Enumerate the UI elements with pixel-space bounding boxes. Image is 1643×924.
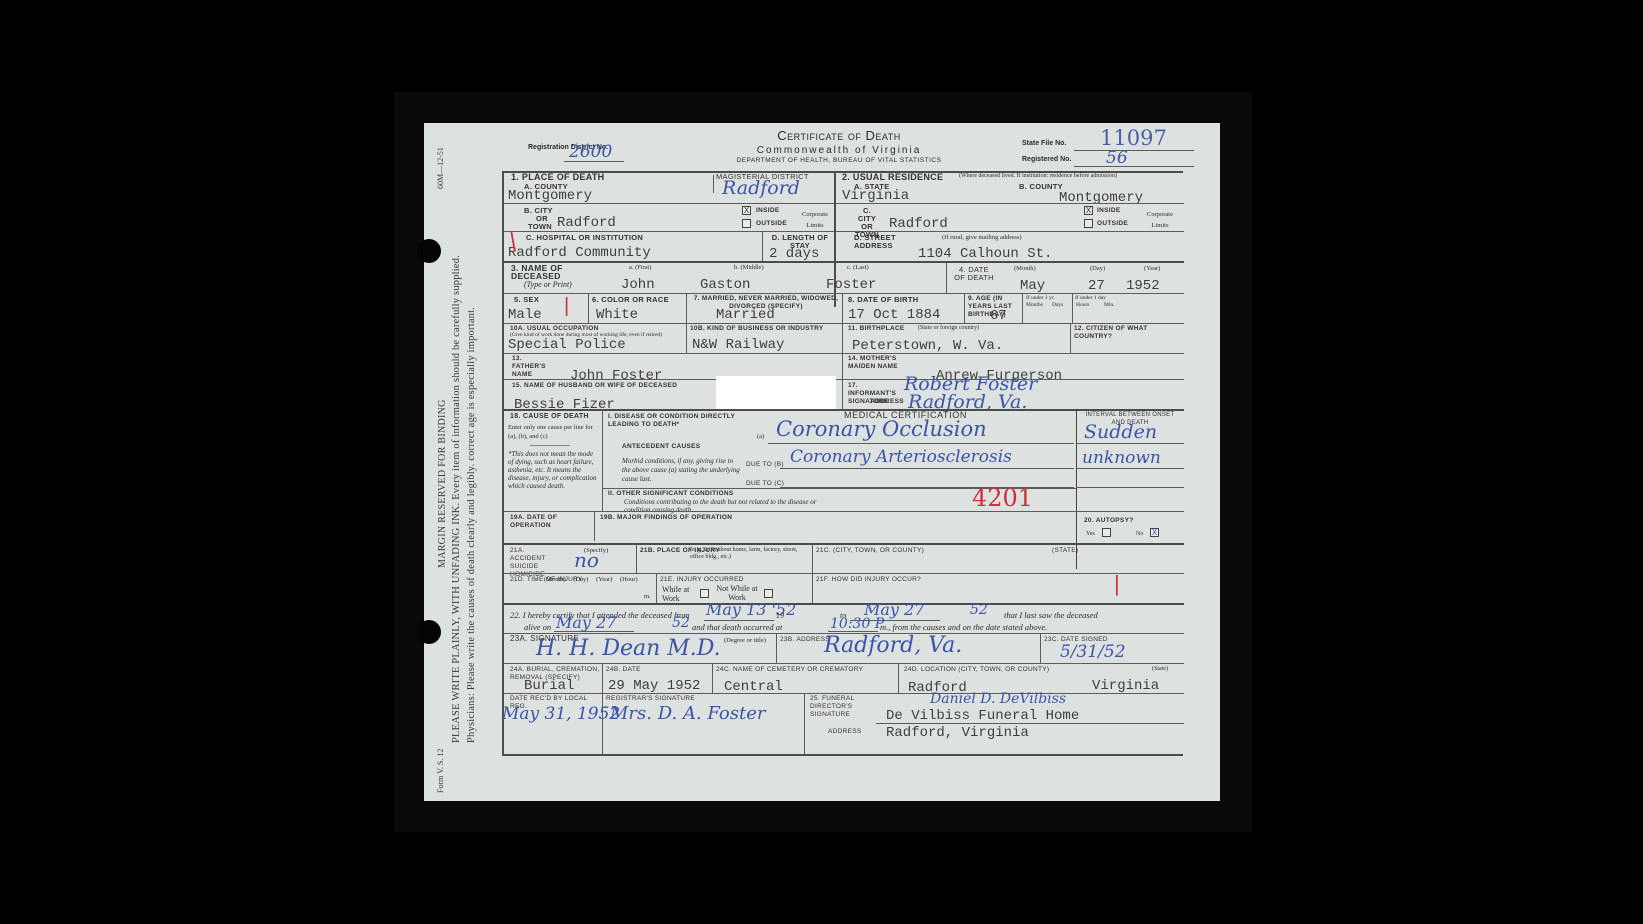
- physician-address: Radford, Va.: [824, 637, 962, 655]
- town-label: Town: [528, 223, 552, 231]
- first-name-label: a. (First): [629, 264, 651, 271]
- residence-city: Radford: [889, 217, 948, 231]
- date-of-death-label: 4. Date of Death: [954, 266, 994, 282]
- physician-signature: H. H. Dean M.D.: [536, 640, 721, 658]
- physician-address-label: 23b. Address: [780, 636, 830, 644]
- middle-name: Gaston: [700, 278, 750, 292]
- injury-place-note: (e. g., in or about home, farm, factory,…: [690, 547, 810, 561]
- injury-time-columns: (Month) (Day) (Year) (Hour): [544, 576, 638, 583]
- autopsy-label: 20. Autopsy?: [1084, 517, 1133, 525]
- state-file-label: State File No.: [1022, 140, 1066, 147]
- cemetery: Central: [724, 680, 783, 694]
- sex: Male: [508, 308, 542, 322]
- state-file-no: 11097: [1100, 129, 1167, 147]
- injury-m-label: m.: [644, 593, 651, 600]
- months-label: Months: [1026, 302, 1043, 308]
- injury-occurred-label: 21e. Injury Occurred: [660, 576, 744, 584]
- residence-inside-label: Inside: [1097, 207, 1120, 215]
- cause-note: Enter only one cause per line for (a), (…: [508, 423, 600, 441]
- residence-section: 2. Usual Residence: [842, 173, 943, 181]
- death-inside-checkbox[interactable]: X: [742, 206, 751, 215]
- birthplace-label: 11. Birthplace: [848, 325, 905, 333]
- antecedent-label: Antecedent Causes: [622, 443, 700, 451]
- alive-on-label: alive on: [524, 622, 551, 632]
- cemetery-label: 24c. Name of Cemetery or Crematory: [716, 666, 863, 674]
- funeral-address-label: Address: [828, 728, 862, 736]
- binding-margin-note: MARGIN RESERVED FOR BINDING: [437, 399, 448, 568]
- red-tick-injury: |: [1114, 571, 1120, 597]
- last-name-label: c. (Last): [847, 264, 869, 271]
- burial-location-label: 24d. Location (City, town, or county): [904, 666, 1049, 674]
- father-name-label: 13. Father's Name: [512, 355, 552, 379]
- hospital: Radford Community: [508, 246, 651, 260]
- father-name: John Foster: [570, 369, 662, 383]
- funeral-director-signature: Daniel D. DeVilbiss: [930, 690, 1066, 708]
- jurisdiction: Commonwealth of Virginia: [684, 145, 994, 156]
- operation-date-label: 19a. Date of Operation: [510, 514, 590, 530]
- name-label: 3. Name of Deceased: [511, 264, 571, 280]
- residence-note: (Where deceased lived. If institution: r…: [959, 173, 1117, 179]
- industry-label: 10b. Kind of Business or Industry: [690, 325, 838, 333]
- autopsy-no-checkbox[interactable]: X: [1150, 528, 1159, 537]
- death-certificate: Form V. S. 12 60M—12-51 MARGIN RESERVED …: [424, 123, 1220, 801]
- corporate-limits-label: Corporate Limits: [798, 209, 832, 231]
- injury-state-label: (State): [1052, 547, 1078, 555]
- residence-outside-label: Outside: [1097, 220, 1128, 228]
- burial-state-label: (State): [1152, 666, 1168, 672]
- citizen-label: 12. Citizen of What Country?: [1074, 325, 1174, 341]
- length-of-stay: 2 days: [769, 247, 819, 261]
- degree-label: (Degree or title): [724, 637, 766, 644]
- attended-to-year: 52: [970, 601, 988, 619]
- residence-state: Virginia: [842, 189, 909, 203]
- print-code: 60M—12-51: [436, 147, 445, 189]
- dob-label: 8. Date of Birth: [848, 296, 919, 304]
- under-one-year-label: If under 1 yr.: [1026, 295, 1055, 301]
- cause-a-label: (a): [757, 433, 764, 440]
- residence-inside-checkbox[interactable]: X: [1084, 206, 1093, 215]
- cause-b-label: Due to (b): [746, 461, 784, 469]
- sex-label: 5. Sex: [514, 296, 539, 304]
- interval-b: unknown: [1082, 449, 1161, 467]
- cause-of-death-label: 18. Cause of Death: [510, 413, 589, 421]
- part-two-label: II. Other Significant Conditions: [608, 490, 734, 498]
- instructions-line-2: Physicians: Please write the causes of d…: [466, 307, 477, 743]
- death-year: 1952: [1126, 279, 1160, 293]
- race-label: 6. Color or Race: [592, 296, 669, 304]
- occupation: Special Police: [508, 338, 626, 352]
- race: White: [596, 308, 638, 322]
- certify-text-3: and that death occurred at: [692, 622, 782, 632]
- death-month: May: [1020, 279, 1045, 293]
- residence-limits-label: Corporate Limits: [1142, 209, 1178, 231]
- death-outside-checkbox[interactable]: [742, 219, 751, 228]
- injury-how-label: 21f. How did injury occur?: [816, 576, 921, 584]
- residence-outside-checkbox[interactable]: [1084, 219, 1093, 228]
- registrar-signature: Mrs. D. A. Foster: [610, 705, 765, 723]
- burial-date-label: 24b. Date: [606, 666, 641, 674]
- cause-c-label: Due to (c): [746, 480, 784, 488]
- while-at-work-checkbox[interactable]: [700, 589, 709, 598]
- registration-district-no: 2600: [569, 143, 612, 161]
- name-note: (Type or Print): [524, 280, 572, 289]
- funeral-director-label: 25. Funeral Director's Signature: [810, 695, 876, 719]
- hours-label: Hours: [1076, 302, 1089, 308]
- under-one-day-label: If under 1 day: [1075, 295, 1106, 301]
- last-name: Foster: [826, 278, 876, 292]
- industry: N&W Railway: [692, 338, 784, 352]
- minutes-label: Min.: [1104, 302, 1115, 308]
- death-county: Montgomery: [508, 189, 592, 203]
- spouse-label: 15. Name of Husband or Wife of Deceased: [512, 382, 677, 390]
- injury-city-label: 21c. (City, Town, or County): [816, 547, 924, 555]
- autopsy-yes-label: Yes: [1086, 531, 1095, 537]
- operation-findings-label: 19b. Major Findings of Operation: [600, 514, 732, 522]
- form-number: Form V. S. 12: [436, 749, 445, 793]
- day-label: (Day): [1090, 265, 1105, 272]
- red-tick-sex: |: [564, 295, 569, 318]
- year-label: (Year): [1144, 265, 1160, 272]
- street-label: d. Street Address: [854, 234, 896, 250]
- cause-code: 4201: [972, 489, 1033, 507]
- age: 67: [990, 309, 1007, 323]
- certificate-title: Certificate of Death: [714, 128, 964, 143]
- cause-a: Coronary Occlusion: [776, 420, 987, 438]
- burial-date: 29 May 1952: [608, 679, 700, 693]
- injury-type: no: [574, 551, 599, 569]
- street-note: (If rural, give mailing address): [942, 234, 1022, 241]
- death-city: Radford: [557, 216, 616, 230]
- birthplace-note: (State or foreign country): [918, 325, 979, 331]
- death-time: 10:30 P: [830, 615, 884, 633]
- date-signed: 5/31/52: [1060, 643, 1126, 661]
- place-of-death-section: 1. Place of Death: [511, 173, 604, 181]
- informant-address-label: Address: [870, 398, 904, 406]
- autopsy-no-label: No: [1136, 531, 1143, 537]
- inside-label: Inside: [756, 207, 779, 215]
- interval-a: Sudden: [1084, 423, 1157, 441]
- month-label: (Month): [1014, 265, 1036, 272]
- not-while-at-work-checkbox[interactable]: [764, 589, 773, 598]
- binding-hole-top: [417, 239, 441, 263]
- middle-name-label: b. (Middle): [734, 264, 764, 271]
- mother-name-label: 14. Mother's Maiden Name: [848, 355, 908, 371]
- marital-status: Married: [716, 308, 775, 322]
- part-one-label: I. Disease or Condition Directly Leading…: [608, 413, 758, 429]
- hospital-label: c. Hospital or Institution: [526, 234, 643, 242]
- outside-label: Outside: [756, 220, 787, 228]
- redaction-box: [716, 376, 836, 409]
- funeral-home-address: Radford, Virginia: [886, 726, 1029, 740]
- from-19: 19: [776, 611, 784, 620]
- funeral-home: De Vilbiss Funeral Home: [886, 709, 1079, 723]
- burial-state: Virginia: [1092, 679, 1159, 693]
- certify-text-4: m., from the causes and on the date stat…: [880, 622, 1047, 632]
- binding-hole-bottom: [417, 620, 441, 644]
- certify-text-2: that I last saw the deceased: [1004, 610, 1098, 620]
- instructions-line-1: PLEASE WRITE PLAINLY, WITH UNFADING INK.…: [451, 255, 462, 743]
- department: Department of Health, Bureau of Vital St…: [684, 157, 994, 164]
- death-day: 27: [1088, 279, 1105, 293]
- registrar-signature-label: Registrar's Signature: [606, 695, 695, 703]
- injury-type-label: 21a. Accident Suicide Homicide: [510, 547, 560, 579]
- residence-county-label: b. County: [1019, 183, 1063, 191]
- antecedent-note: Morbid conditions, if any, giving rise t…: [622, 457, 742, 484]
- last-seen-year: 52: [672, 614, 690, 632]
- disposition: Burial: [524, 679, 574, 693]
- last-seen-date: May 27: [556, 614, 616, 632]
- days-label: Days: [1052, 302, 1063, 308]
- autopsy-yes-checkbox[interactable]: [1102, 528, 1111, 537]
- first-name: John: [621, 278, 655, 292]
- registered-label: Registered No.: [1022, 156, 1071, 163]
- registered-no: 56: [1106, 149, 1128, 167]
- date-of-birth: 17 Oct 1884: [848, 308, 940, 322]
- cause-b: Coronary Arteriosclerosis: [790, 448, 1012, 466]
- while-at-work-label: While at Work: [662, 585, 698, 603]
- street-address: 1104 Calhoun St.: [918, 247, 1052, 261]
- cause-footnote: *This does not mean the mode of dying, s…: [508, 450, 600, 490]
- magisterial-district: Radford: [722, 179, 800, 197]
- birthplace: Peterstown, W. Va.: [852, 339, 1003, 353]
